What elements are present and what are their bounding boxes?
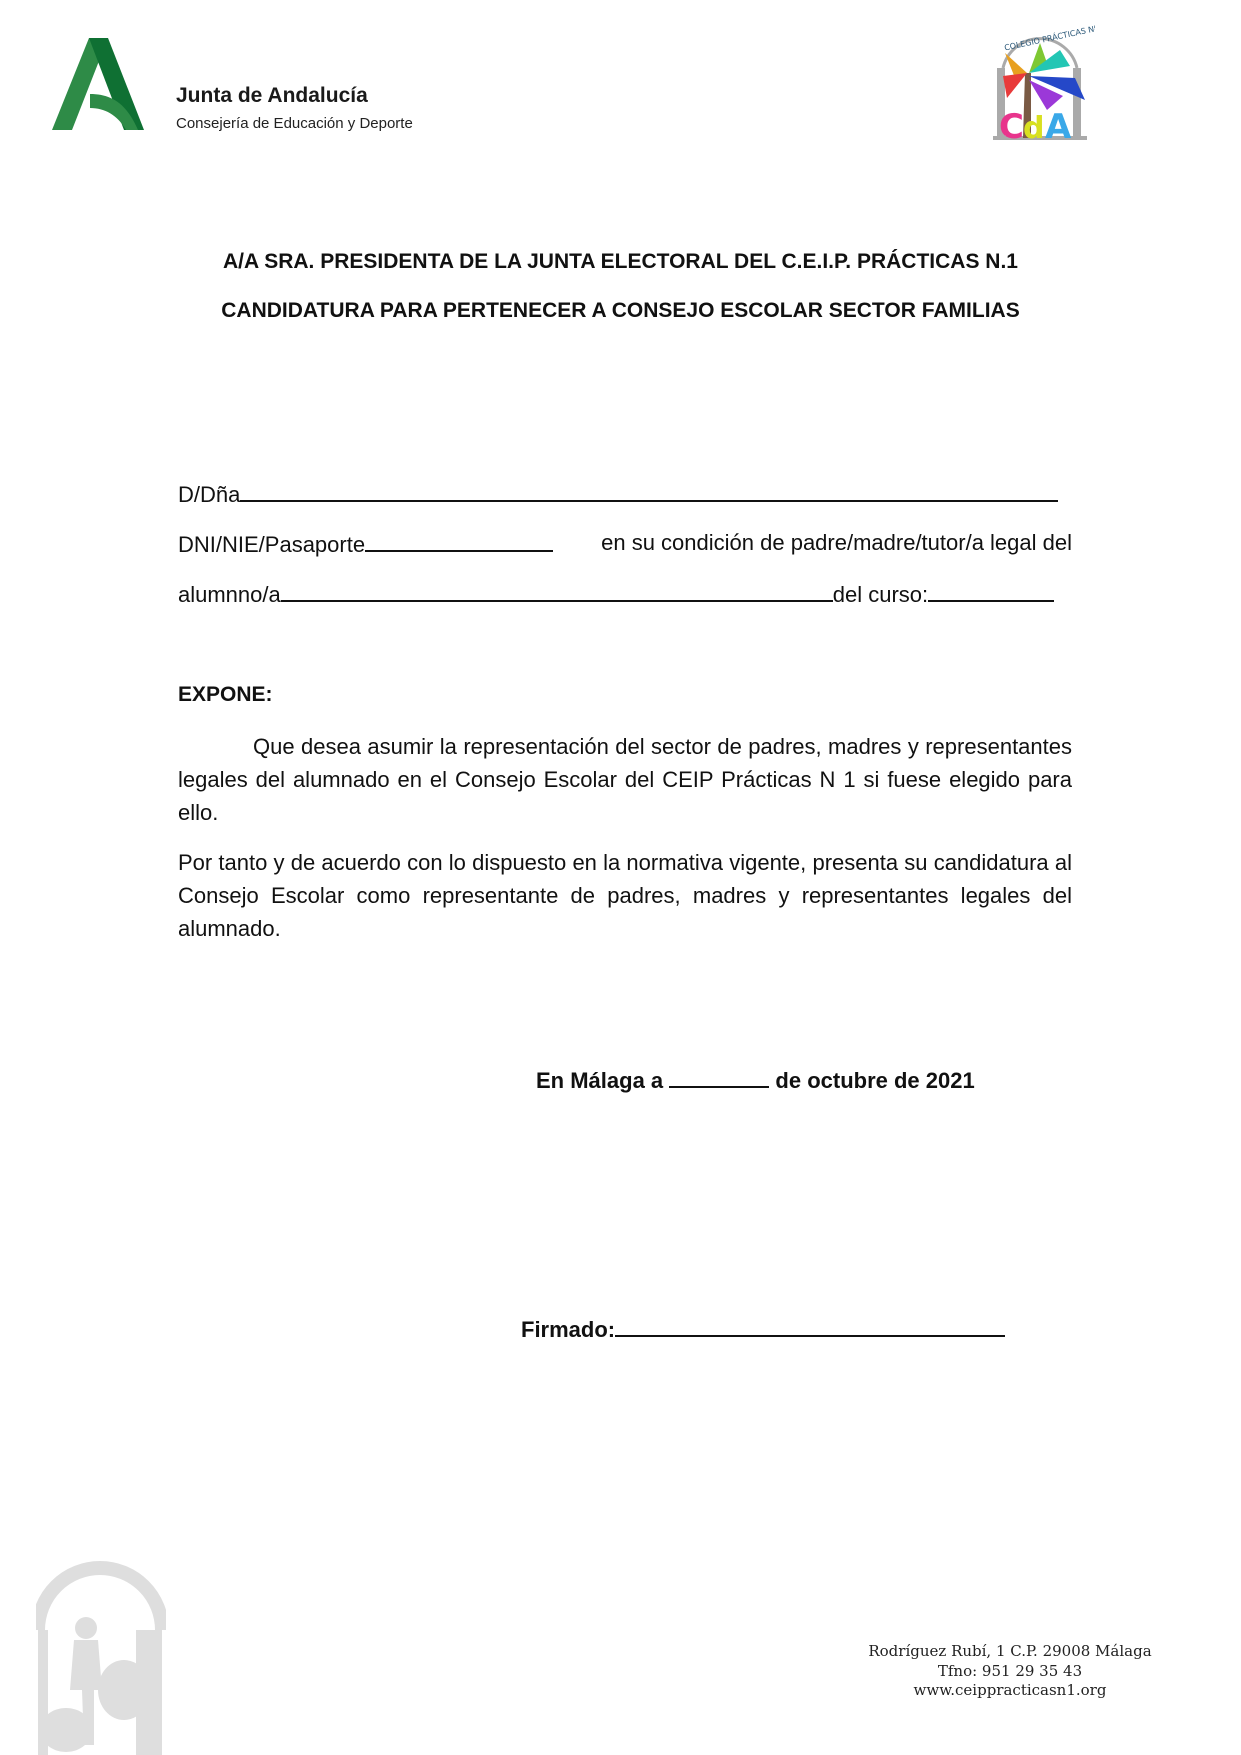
condition-text: en su condición de padre/madre/tutor/a l… (601, 530, 1072, 558)
date-day-field[interactable] (669, 1066, 769, 1088)
org-name: Junta de Andalucía (176, 84, 368, 108)
date-prefix: En Málaga a (536, 1068, 663, 1093)
paragraph-request: Que desea asumir la representación del s… (178, 730, 1072, 829)
course-field[interactable] (928, 580, 1054, 602)
date-line: En Málaga a de octubre de 2021 (536, 1066, 975, 1094)
document-title-recipient: A/A SRA. PRESIDENTA DE LA JUNTA ELECTORA… (0, 250, 1241, 274)
svg-text:COLEGIO PRÁCTICAS Nº1: COLEGIO PRÁCTICAS Nº1 (1003, 21, 1095, 53)
name-row: D/Dña (178, 480, 1072, 508)
student-label: alumnno/a (178, 582, 281, 607)
paragraph-candidacy: Por tanto y de acuerdo con lo dispuesto … (178, 846, 1072, 945)
footer-address: Rodríguez Rubí, 1 C.P. 29008 Málaga (860, 1642, 1160, 1662)
document-title-subject: CANDIDATURA PARA PERTENECER A CONSEJO ES… (0, 299, 1241, 323)
name-field[interactable] (240, 480, 1058, 502)
svg-text:d: d (1023, 111, 1044, 144)
signature-field[interactable] (615, 1315, 1005, 1337)
org-department: Consejería de Educación y Deporte (176, 115, 413, 132)
footer-contact: Rodríguez Rubí, 1 C.P. 29008 Málaga Tfno… (860, 1642, 1160, 1701)
id-label: DNI/NIE/Pasaporte (178, 532, 365, 557)
footer-website[interactable]: www.ceippracticasn1.org (860, 1681, 1160, 1701)
signature-label: Firmado: (521, 1317, 615, 1342)
svg-text:C: C (999, 107, 1024, 144)
coat-of-arms-watermark-icon (36, 1540, 166, 1755)
course-label: del curso: (833, 582, 928, 607)
student-row: alumnno/adel curso: (178, 580, 1072, 608)
svg-text:A: A (1045, 107, 1072, 144)
junta-andalucia-logo-icon (52, 38, 162, 132)
expone-heading: EXPONE: (178, 683, 273, 707)
school-logo-icon: C d A COLEGIO PRÁCTICAS Nº1 (985, 18, 1095, 144)
signature-line: Firmado: (521, 1315, 1005, 1343)
date-suffix: de octubre de 2021 (775, 1068, 974, 1093)
footer-phone: Tfno: 951 29 35 43 (860, 1662, 1160, 1682)
id-row: DNI/NIE/Pasaporte en su condición de pad… (178, 530, 1072, 558)
student-field[interactable] (281, 580, 833, 602)
name-label: D/Dña (178, 482, 240, 507)
id-field[interactable] (365, 530, 553, 552)
